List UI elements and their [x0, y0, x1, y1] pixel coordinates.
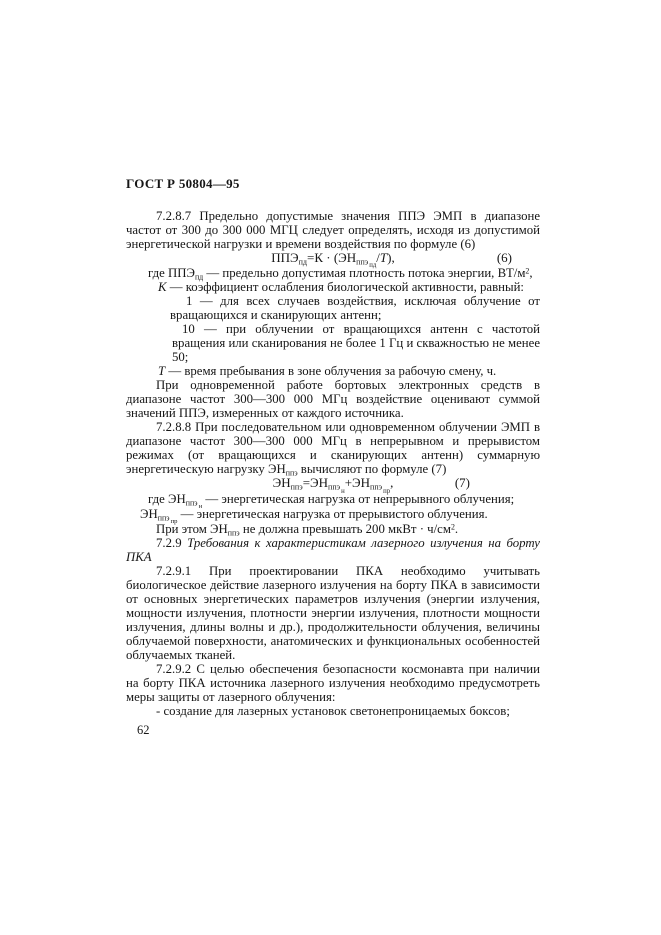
formula-7-number: (7)	[455, 476, 470, 490]
formula-6-expression: ППЭпд=К · (ЭНппэпд/Т),	[271, 250, 394, 265]
formula-6-number: (6)	[497, 251, 512, 265]
page-number: 62	[137, 723, 150, 738]
list-item-1: 1 — для всех случаев воздействия, исключ…	[126, 294, 540, 322]
para-en-limit: При этом ЭНппэ не должна превышать 200 м…	[126, 522, 540, 536]
document-page: ГОСТ Р 50804—95 7.2.8.7 Предельно допуст…	[0, 0, 661, 935]
where-clause-ppe-pd: где ППЭпд — предельно допустимая плотнос…	[126, 266, 540, 280]
para-7-2-8-8: 7.2.8.8 При последовательном или одновре…	[126, 420, 540, 476]
where-clause-en-continuous: где ЭНппэн — энергетическая нагрузка от …	[126, 492, 540, 507]
list-item-10: 10 — при облучении от вращающихся антенн…	[126, 322, 540, 364]
para-7-2-9-1: 7.2.9.1 При проектировании ПКА необходим…	[126, 564, 540, 662]
list-item-lightproof-boxes: - создание для лазерных установок светон…	[126, 704, 540, 718]
heading-7-2-9: 7.2.9 Требования к характеристикам лазер…	[126, 536, 540, 564]
where-clause-en-intermittent: ЭНппэпр — энергетическая нагрузка от пре…	[126, 507, 540, 522]
formula-6: ППЭпд=К · (ЭНппэпд/Т), (6)	[126, 251, 540, 266]
formula-7-expression: ЭНппэ=ЭНппэн+ЭНппэпр,	[273, 475, 394, 490]
para-simultaneous-operation: При одновременной работе бортовых электр…	[126, 378, 540, 420]
text-block: ГОСТ Р 50804—95 7.2.8.7 Предельно допуст…	[126, 176, 540, 718]
running-header: ГОСТ Р 50804—95	[126, 176, 540, 192]
para-7-2-8-7: 7.2.8.7 Предельно допустимые значения ПП…	[126, 209, 540, 251]
definition-k: К — коэффициент ослабления биологической…	[126, 280, 540, 294]
para-7-2-9-2: 7.2.9.2 С целью обеспечения безопасности…	[126, 662, 540, 704]
definition-t: Т — время пребывания в зоне облучения за…	[126, 364, 540, 378]
document-body: 7.2.8.7 Предельно допустимые значения ПП…	[126, 209, 540, 718]
formula-7: ЭНппэ=ЭНппэн+ЭНппэпр, (7)	[126, 476, 540, 491]
